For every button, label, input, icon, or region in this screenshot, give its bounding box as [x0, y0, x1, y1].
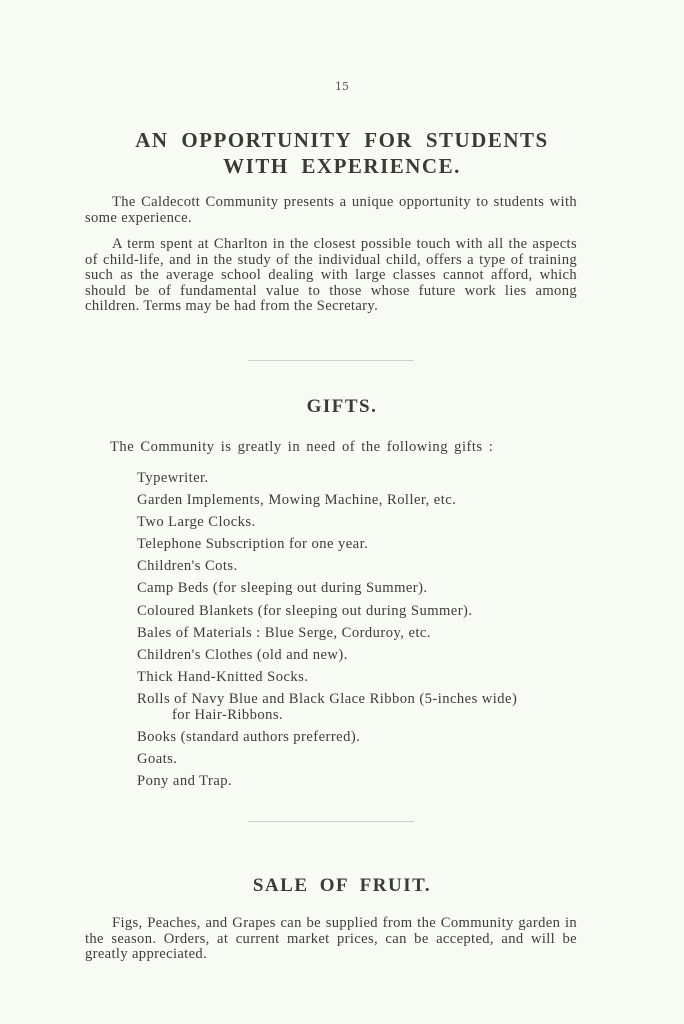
fruit-heading: SALE OF FRUIT.: [0, 873, 684, 899]
gift-item: Typewriter.: [137, 470, 587, 486]
gifts-heading: GIFTS.: [0, 394, 684, 420]
gift-item: Goats.: [137, 751, 587, 767]
gifts-list: Typewriter. Garden Implements, Mowing Ma…: [137, 470, 587, 795]
gift-item: Thick Hand-Knitted Socks.: [137, 669, 587, 685]
gift-item: Two Large Clocks.: [137, 514, 587, 530]
gift-item: Books (standard authors preferred).: [137, 729, 587, 745]
section-divider: [248, 360, 414, 361]
fruit-paragraph: Figs, Peaches, and Grapes can be supplie…: [85, 916, 577, 963]
gift-item: Children's Cots.: [137, 558, 587, 574]
gift-item: Garden Implements, Mowing Machine, Rolle…: [137, 492, 587, 508]
opportunity-paragraph-2: A term spent at Charlton in the closest …: [85, 237, 577, 315]
gift-item: Children's Clothes (old and new).: [137, 647, 587, 663]
page-number: 15: [0, 80, 684, 93]
gift-item-text: Rolls of Navy Blue and Black Glace Ribbo…: [137, 691, 517, 707]
section-divider: [248, 821, 414, 822]
gift-item: Camp Beds (for sleeping out during Summe…: [137, 580, 587, 596]
opportunity-paragraph-1: The Caldecott Community presents a uniqu…: [85, 195, 577, 226]
gift-item: Bales of Materials : Blue Serge, Corduro…: [137, 625, 587, 641]
gift-item: Pony and Trap.: [137, 773, 587, 789]
opportunity-heading: AN OPPORTUNITY FOR STUDENTS WITH EXPERIE…: [0, 127, 684, 179]
gifts-intro: The Community is greatly in need of the …: [110, 439, 590, 456]
gift-item: Coloured Blankets (for sleeping out duri…: [137, 603, 587, 619]
gift-item: Rolls of Navy Blue and Black Glace Ribbo…: [137, 691, 587, 723]
gift-item-continuation: for Hair-Ribbons.: [137, 707, 587, 723]
gift-item: Telephone Subscription for one year.: [137, 536, 587, 552]
